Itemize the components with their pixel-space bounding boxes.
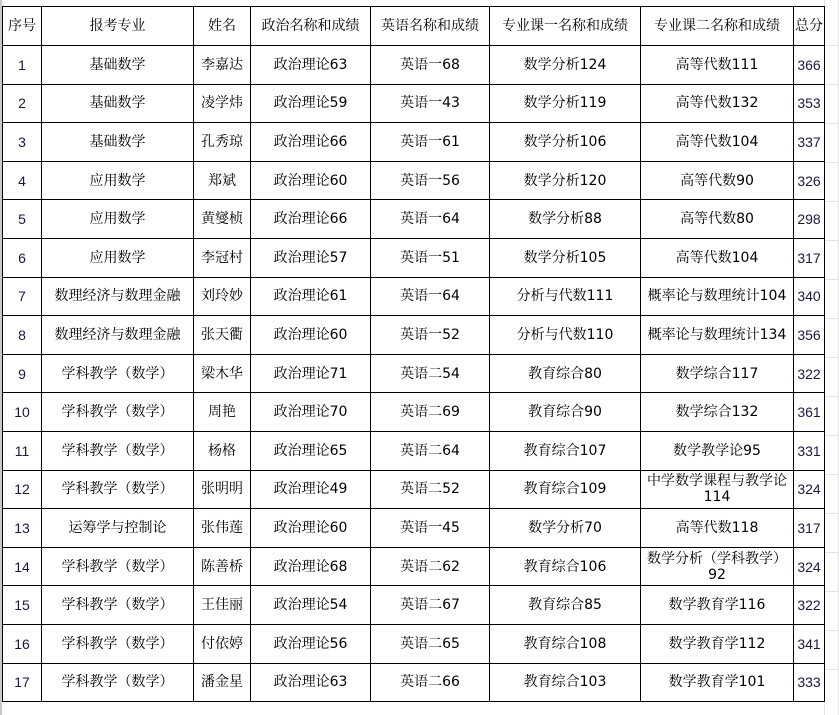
cell-politics[interactable]: 政治理论68: [251, 547, 371, 586]
cell-name[interactable]: 杨格: [194, 431, 251, 470]
cell-no[interactable]: 4: [3, 161, 42, 200]
cell-major[interactable]: 数理经济与数理金融: [42, 277, 194, 316]
cell-course1[interactable]: 数学分析119: [490, 84, 641, 123]
cell-no[interactable]: 11: [3, 431, 42, 470]
header-row: 序号 报考专业 姓名 政治名称和成绩 英语名称和成绩 专业课一名称和成绩 专业课…: [3, 7, 825, 46]
cell-major[interactable]: 基础数学: [42, 123, 194, 162]
cell-politics[interactable]: 政治理论63: [251, 46, 371, 85]
cell-politics[interactable]: 政治理论60: [251, 509, 371, 548]
cell-name[interactable]: 刘玲妙: [194, 277, 251, 316]
table-row: 14学科教学（数学）陈善桥政治理论68英语二62教育综合106数学分析（学科教学…: [3, 547, 825, 586]
cell-name[interactable]: 周艳: [194, 393, 251, 432]
cell-name[interactable]: 潘金星: [194, 663, 251, 702]
cell-politics[interactable]: 政治理论65: [251, 431, 371, 470]
cell-no[interactable]: 12: [3, 470, 42, 509]
cell-total[interactable]: 326: [794, 161, 825, 200]
cell-course2[interactable]: 概率论与数理统计104: [641, 277, 794, 316]
table-row: 7数理经济与数理金融刘玲妙政治理论61英语一64分析与代数111概率论与数理统计…: [3, 277, 825, 316]
cell-total[interactable]: 366: [794, 46, 825, 85]
cell-name[interactable]: 陈善桥: [194, 547, 251, 586]
cell-major[interactable]: 学科教学（数学）: [42, 393, 194, 432]
cell-total[interactable]: 322: [794, 354, 825, 393]
cell-major[interactable]: 学科教学（数学）: [42, 354, 194, 393]
cell-politics[interactable]: 政治理论66: [251, 123, 371, 162]
cell-english[interactable]: 英语一68: [371, 46, 490, 85]
table-row: 9学科教学（数学）梁木华政治理论71英语二54教育综合80数学综合117322: [3, 354, 825, 393]
cell-no[interactable]: 1: [3, 46, 42, 85]
cell-course2[interactable]: 数学教学论95: [641, 431, 794, 470]
cell-course1[interactable]: 数学分析124: [490, 46, 641, 85]
cell-no[interactable]: 3: [3, 123, 42, 162]
cell-politics[interactable]: 政治理论57: [251, 238, 371, 277]
header-major[interactable]: 报考专业: [42, 7, 194, 46]
table-row: 10学科教学（数学）周艳政治理论70英语二69教育综合90数学综合132361: [3, 393, 825, 432]
cell-course2[interactable]: 数学教育学112: [641, 624, 794, 663]
cell-course1[interactable]: 教育综合80: [490, 354, 641, 393]
cell-course1[interactable]: 分析与代数111: [490, 277, 641, 316]
cell-course1[interactable]: 数学分析106: [490, 123, 641, 162]
cell-name[interactable]: 张天衢: [194, 316, 251, 355]
cell-total[interactable]: 356: [794, 316, 825, 355]
cell-name[interactable]: 郑斌: [194, 161, 251, 200]
cell-no[interactable]: 14: [3, 547, 42, 586]
cell-course1[interactable]: 教育综合85: [490, 586, 641, 625]
cell-course1[interactable]: 教育综合90: [490, 393, 641, 432]
cell-total[interactable]: 361: [794, 393, 825, 432]
cell-major[interactable]: 应用数学: [42, 161, 194, 200]
cell-english[interactable]: 英语一64: [371, 200, 490, 239]
cell-course2[interactable]: 高等代数90: [641, 161, 794, 200]
table-row: 8数理经济与数理金融张天衢政治理论60英语一52分析与代数110概率论与数理统计…: [3, 316, 825, 355]
table-row: 17学科教学（数学）潘金星政治理论63英语二66教育综合103数学教育学1013…: [3, 663, 825, 702]
cell-politics[interactable]: 政治理论49: [251, 470, 371, 509]
cell-course2[interactable]: 高等代数80: [641, 200, 794, 239]
cell-english[interactable]: 英语二67: [371, 586, 490, 625]
cell-course1[interactable]: 数学分析70: [490, 509, 641, 548]
gridline: [824, 84, 839, 85]
gridline: [824, 474, 839, 475]
gridline: [824, 201, 839, 202]
table-row: 1基础数学李嘉达政治理论63英语一68数学分析124高等代数111366: [3, 46, 825, 85]
cell-english[interactable]: 英语一52: [371, 316, 490, 355]
cell-course2[interactable]: 高等代数132: [641, 84, 794, 123]
header-course2[interactable]: 专业课二名称和成绩: [641, 7, 794, 46]
cell-politics[interactable]: 政治理论59: [251, 84, 371, 123]
cell-english[interactable]: 英语一43: [371, 84, 490, 123]
cell-total[interactable]: 317: [794, 509, 825, 548]
cell-politics[interactable]: 政治理论71: [251, 354, 371, 393]
cell-course1[interactable]: 教育综合109: [490, 470, 641, 509]
gridline: [824, 123, 839, 124]
cell-total[interactable]: 324: [794, 547, 825, 586]
cell-major[interactable]: 数理经济与数理金融: [42, 316, 194, 355]
cell-total[interactable]: 340: [794, 277, 825, 316]
cell-politics[interactable]: 政治理论63: [251, 663, 371, 702]
cell-course2[interactable]: 数学教育学116: [641, 586, 794, 625]
cell-english[interactable]: 英语二65: [371, 624, 490, 663]
table-row: 12学科教学（数学）张明明政治理论49英语二52教育综合109中学数学课程与教学…: [3, 470, 825, 509]
cell-total[interactable]: 341: [794, 624, 825, 663]
cell-course1[interactable]: 数学分析105: [490, 238, 641, 277]
cell-total[interactable]: 324: [794, 470, 825, 509]
cell-politics[interactable]: 政治理论54: [251, 586, 371, 625]
gridline: [824, 240, 839, 241]
cell-no[interactable]: 6: [3, 238, 42, 277]
cell-major[interactable]: 应用数学: [42, 238, 194, 277]
cell-course1[interactable]: 教育综合103: [490, 663, 641, 702]
gridline: [824, 318, 839, 319]
cell-course1[interactable]: 教育综合108: [490, 624, 641, 663]
cell-total[interactable]: 333: [794, 663, 825, 702]
cell-name[interactable]: 张伟莲: [194, 509, 251, 548]
cell-name[interactable]: 黄燮桢: [194, 200, 251, 239]
cell-english[interactable]: 英语二54: [371, 354, 490, 393]
cell-name[interactable]: 李冠村: [194, 238, 251, 277]
cell-total[interactable]: 337: [794, 123, 825, 162]
cell-name[interactable]: 凌学炜: [194, 84, 251, 123]
cell-course1[interactable]: 教育综合107: [490, 431, 641, 470]
cell-english[interactable]: 英语二62: [371, 547, 490, 586]
cell-total[interactable]: 322: [794, 586, 825, 625]
table-row: 5应用数学黄燮桢政治理论66英语一64数学分析88高等代数80298: [3, 200, 825, 239]
gridline: [824, 162, 839, 163]
cell-course1[interactable]: 数学分析88: [490, 200, 641, 239]
table-row: 15学科教学（数学）王佳丽政治理论54英语二67教育综合85数学教育学11632…: [3, 586, 825, 625]
table-row: 4应用数学郑斌政治理论60英语一56数学分析120高等代数90326: [3, 161, 825, 200]
cell-politics[interactable]: 政治理论56: [251, 624, 371, 663]
cell-english[interactable]: 英语一64: [371, 277, 490, 316]
header-no[interactable]: 序号: [3, 7, 42, 46]
cell-english[interactable]: 英语二66: [371, 663, 490, 702]
cell-major[interactable]: 学科教学（数学）: [42, 624, 194, 663]
cell-politics[interactable]: 政治理论61: [251, 277, 371, 316]
cell-name[interactable]: 李嘉达: [194, 46, 251, 85]
cell-no[interactable]: 16: [3, 624, 42, 663]
cell-course1[interactable]: 数学分析120: [490, 161, 641, 200]
cell-english[interactable]: 英语二69: [371, 393, 490, 432]
cell-no[interactable]: 9: [3, 354, 42, 393]
cell-name[interactable]: 孔秀琼: [194, 123, 251, 162]
cell-major[interactable]: 学科教学（数学）: [42, 663, 194, 702]
header-course1[interactable]: 专业课一名称和成绩: [490, 7, 641, 46]
cell-course2[interactable]: 中学数学课程与教学论114: [641, 470, 794, 509]
cell-english[interactable]: 英语一51: [371, 238, 490, 277]
cell-politics[interactable]: 政治理论66: [251, 200, 371, 239]
cell-name[interactable]: 王佳丽: [194, 586, 251, 625]
gridline: [824, 513, 839, 514]
cell-major[interactable]: 学科教学（数学）: [42, 470, 194, 509]
cell-course1[interactable]: 教育综合106: [490, 547, 641, 586]
cell-politics[interactable]: 政治理论70: [251, 393, 371, 432]
header-name[interactable]: 姓名: [194, 7, 251, 46]
cell-english[interactable]: 英语一45: [371, 509, 490, 548]
cell-course2[interactable]: 高等代数104: [641, 238, 794, 277]
cell-no[interactable]: 15: [3, 586, 42, 625]
table-row: 11学科教学（数学）杨格政治理论65英语二64教育综合107数学教学论95331: [3, 431, 825, 470]
cell-total[interactable]: 298: [794, 200, 825, 239]
cell-total[interactable]: 317: [794, 238, 825, 277]
cell-name[interactable]: 梁木华: [194, 354, 251, 393]
header-total[interactable]: 总分: [794, 7, 825, 46]
gridline: [824, 591, 839, 592]
cell-no[interactable]: 13: [3, 509, 42, 548]
cell-major[interactable]: 学科教学（数学）: [42, 431, 194, 470]
cell-no[interactable]: 17: [3, 663, 42, 702]
cell-major[interactable]: 学科教学（数学）: [42, 586, 194, 625]
gridline: [824, 279, 839, 280]
header-english[interactable]: 英语名称和成绩: [371, 7, 490, 46]
cell-major[interactable]: 应用数学: [42, 200, 194, 239]
cell-course2[interactable]: 数学综合117: [641, 354, 794, 393]
gridline: [824, 435, 839, 436]
gridline: [824, 630, 839, 631]
cell-no[interactable]: 5: [3, 200, 42, 239]
header-politics[interactable]: 政治名称和成绩: [251, 7, 371, 46]
cell-course2[interactable]: 高等代数104: [641, 123, 794, 162]
table-row: 6应用数学李冠村政治理论57英语一51数学分析105高等代数104317: [3, 238, 825, 277]
score-table: 序号 报考专业 姓名 政治名称和成绩 英语名称和成绩 专业课一名称和成绩 专业课…: [2, 6, 825, 702]
cell-course1[interactable]: 分析与代数110: [490, 316, 641, 355]
gridline: [824, 396, 839, 397]
table-row: 2基础数学凌学炜政治理论59英语一43数学分析119高等代数132353: [3, 84, 825, 123]
cell-course2[interactable]: 高等代数111: [641, 46, 794, 85]
cell-course2[interactable]: 高等代数118: [641, 509, 794, 548]
cell-english[interactable]: 英语二52: [371, 470, 490, 509]
cell-name[interactable]: 张明明: [194, 470, 251, 509]
cell-name[interactable]: 付依婷: [194, 624, 251, 663]
cell-course2[interactable]: 数学分析（学科教学）92: [641, 547, 794, 586]
cell-major[interactable]: 学科教学（数学）: [42, 547, 194, 586]
cell-course2[interactable]: 概率论与数理统计134: [641, 316, 794, 355]
cell-course2[interactable]: 数学综合132: [641, 393, 794, 432]
cell-major[interactable]: 基础数学: [42, 84, 194, 123]
gridline: [824, 357, 839, 358]
cell-no[interactable]: 8: [3, 316, 42, 355]
cell-politics[interactable]: 政治理论60: [251, 161, 371, 200]
cell-english[interactable]: 英语一56: [371, 161, 490, 200]
cell-politics[interactable]: 政治理论60: [251, 316, 371, 355]
cell-total[interactable]: 331: [794, 431, 825, 470]
cell-english[interactable]: 英语二64: [371, 431, 490, 470]
gridline: [824, 45, 839, 46]
gridline: [824, 669, 839, 670]
cell-major[interactable]: 基础数学: [42, 46, 194, 85]
table-row: 13运筹学与控制论张伟莲政治理论60英语一45数学分析70高等代数118317: [3, 509, 825, 548]
gridline: [824, 552, 839, 553]
cell-total[interactable]: 353: [794, 84, 825, 123]
cell-no[interactable]: 7: [3, 277, 42, 316]
cell-english[interactable]: 英语一61: [371, 123, 490, 162]
table-row: 16学科教学（数学）付依婷政治理论56英语二65教育综合108数学教育学1123…: [3, 624, 825, 663]
cell-no[interactable]: 2: [3, 84, 42, 123]
cell-no[interactable]: 10: [3, 393, 42, 432]
cell-course2[interactable]: 数学教育学101: [641, 663, 794, 702]
table-row: 3基础数学孔秀琼政治理论66英语一61数学分析106高等代数104337: [3, 123, 825, 162]
cell-major[interactable]: 运筹学与控制论: [42, 509, 194, 548]
